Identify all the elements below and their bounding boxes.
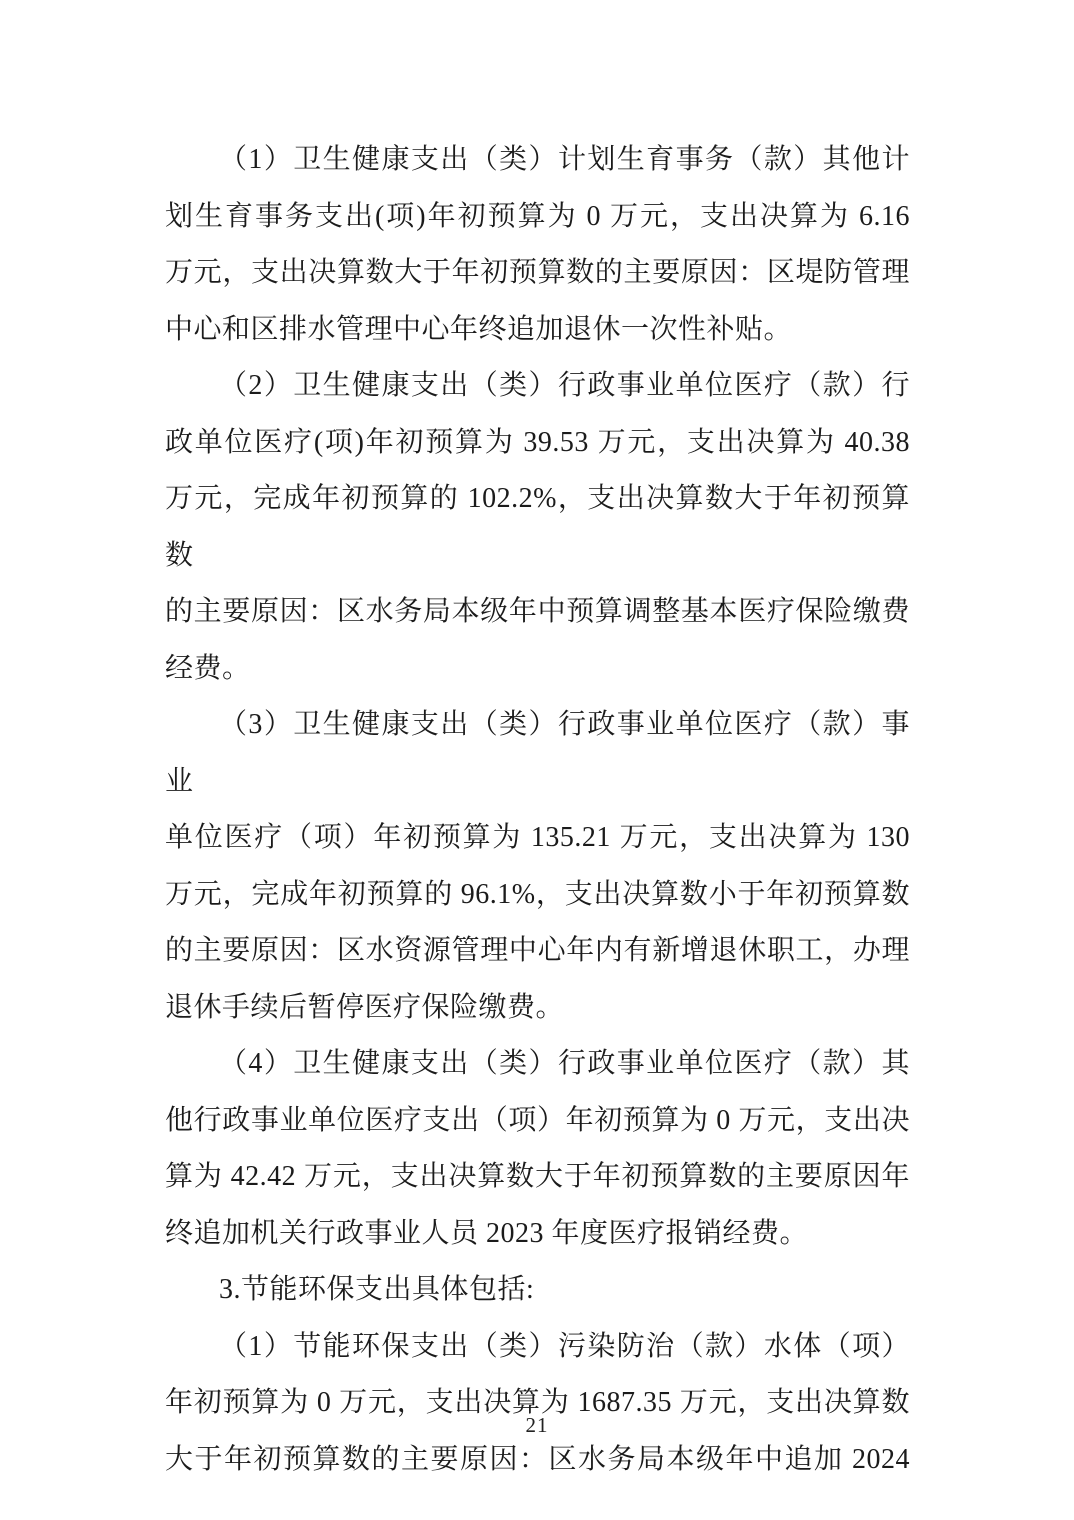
text-line: 万元，完成年初预算的 102.2%，支出决算数大于年初预算数 [165, 471, 910, 584]
text-line: 单位医疗（项）年初预算为 135.21 万元，支出决算为 130 [165, 810, 910, 867]
text-line: 政单位医疗(项)年初预算为 39.53 万元，支出决算为 40.38 [165, 415, 910, 472]
text-line: （1）卫生健康支出（类）计划生育事务（款）其他计 [165, 132, 910, 189]
text-line: （1）节能环保支出（类）污染防治（款）水体（项） [165, 1319, 910, 1376]
text-line: 他行政事业单位医疗支出（项）年初预算为 0 万元，支出决 [165, 1093, 910, 1150]
text-line: 的主要原因：区水资源管理中心年内有新增退休职工，办理 [165, 923, 910, 980]
paragraph-health-item-3: （3）卫生健康支出（类）行政事业单位医疗（款）事业 单位医疗（项）年初预算为 1… [165, 697, 910, 1036]
document-page: （1）卫生健康支出（类）计划生育事务（款）其他计 划生育事务支出(项)年初预算为… [0, 0, 1074, 1520]
text-line: 万元，完成年初预算的 96.1%，支出决算数小于年初预算数 [165, 867, 910, 924]
text-line: 大于年初预算数的主要原因：区水务局本级年中追加 2024 [165, 1432, 910, 1489]
text-line: （2）卫生健康支出（类）行政事业单位医疗（款）行 [165, 358, 910, 415]
text-line: 经费。 [165, 641, 910, 698]
text-line: 的主要原因：区水务局本级年中预算调整基本医疗保险缴费 [165, 584, 910, 641]
paragraph-health-item-2: （2）卫生健康支出（类）行政事业单位医疗（款）行 政单位医疗(项)年初预算为 3… [165, 358, 910, 697]
section-heading-line: 3.节能环保支出具体包括: [165, 1262, 910, 1319]
paragraph-health-item-4: （4）卫生健康支出（类）行政事业单位医疗（款）其 他行政事业单位医疗支出（项）年… [165, 1036, 910, 1262]
text-line: （4）卫生健康支出（类）行政事业单位医疗（款）其 [165, 1036, 910, 1093]
text-line: 中心和区排水管理中心年终追加退休一次性补贴。 [165, 302, 910, 359]
page-number: 21 [0, 1413, 1074, 1438]
text-line: 万元，支出决算数大于年初预算数的主要原因：区堤防管理 [165, 245, 910, 302]
paragraph-energy-env-item-1: （1）节能环保支出（类）污染防治（款）水体（项） 年初预算为 0 万元，支出决算… [165, 1319, 910, 1489]
paragraph-health-item-1: （1）卫生健康支出（类）计划生育事务（款）其他计 划生育事务支出(项)年初预算为… [165, 132, 910, 358]
text-line: 终追加机关行政事业人员 2023 年度医疗报销经费。 [165, 1206, 910, 1263]
document-body: （1）卫生健康支出（类）计划生育事务（款）其他计 划生育事务支出(项)年初预算为… [165, 132, 910, 1488]
section-heading-energy-env: 3.节能环保支出具体包括: [165, 1262, 910, 1319]
text-line: （3）卫生健康支出（类）行政事业单位医疗（款）事业 [165, 697, 910, 810]
text-line: 算为 42.42 万元，支出决算数大于年初预算数的主要原因年 [165, 1149, 910, 1206]
text-line: 退休手续后暂停医疗保险缴费。 [165, 980, 910, 1037]
text-line: 划生育事务支出(项)年初预算为 0 万元，支出决算为 6.16 [165, 189, 910, 246]
